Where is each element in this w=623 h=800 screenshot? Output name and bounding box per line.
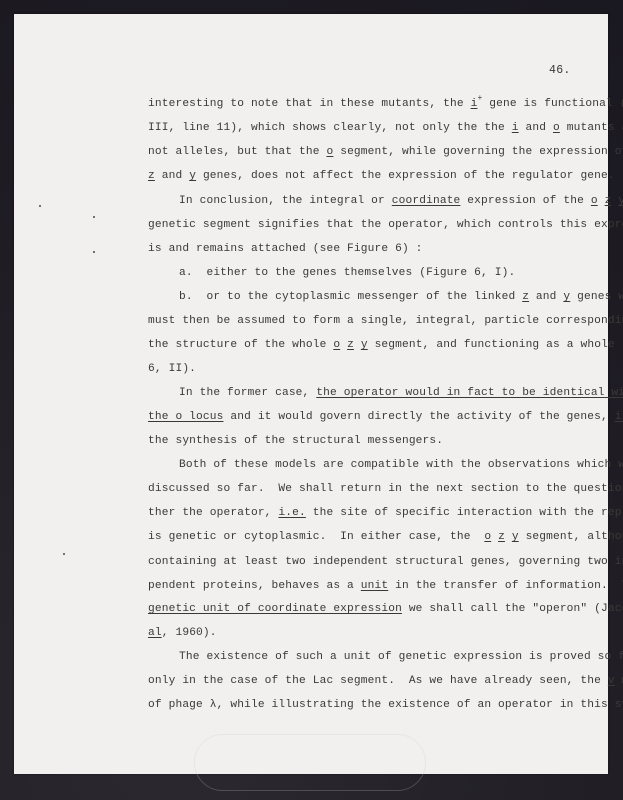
text-line: a. either to the genes themselves (Figur… — [179, 266, 515, 280]
underlined-term: y — [189, 170, 196, 182]
text-line: In the former case, the operator would i… — [179, 386, 623, 400]
text-line: 6, II). — [148, 362, 196, 376]
text-line: interesting to note that in these mutant… — [148, 97, 623, 111]
text-line: must then be assumed to form a single, i… — [148, 314, 623, 328]
margin-mark — [39, 205, 41, 207]
underlined-term: i.e. — [278, 507, 305, 519]
text-line: is and remains attached (see Figure 6) : — [148, 242, 423, 256]
text-line: Both of these models are compatible with… — [179, 458, 623, 472]
underlined-term: z — [498, 531, 505, 543]
paper-watermark — [194, 734, 426, 791]
underlined-term: al — [148, 627, 162, 639]
text-line: the synthesis of the structural messenge… — [148, 434, 443, 448]
text-line: discussed so far. We shall return in the… — [148, 482, 623, 496]
underlined-term: o — [326, 146, 333, 158]
text-line: is genetic or cytoplasmic. In either cas… — [148, 530, 623, 544]
page-number: 46. — [549, 64, 571, 77]
text-line: The existence of such a unit of genetic … — [179, 650, 623, 664]
underlined-term: z — [148, 170, 155, 182]
text-line: pendent proteins, behaves as a unit in t… — [148, 579, 623, 593]
text-line: the structure of the whole o z y segment… — [148, 338, 623, 352]
underlined-term: v — [608, 675, 615, 687]
text-line: containing at least two independent stru… — [148, 555, 623, 569]
underlined-term: o — [484, 531, 491, 543]
underlined-term: unit — [361, 580, 388, 592]
underlined-term: coordinate — [392, 195, 461, 207]
text-line: genetic segment signifies that the opera… — [148, 218, 623, 232]
superscript: + — [477, 94, 482, 103]
underlined-term: y — [361, 339, 368, 351]
underlined-term: i — [512, 122, 519, 134]
text-line: In conclusion, the integral or coordinat… — [179, 194, 623, 208]
underlined-term: y — [618, 195, 623, 207]
underlined-term: o — [333, 339, 340, 351]
text-line: the o locus and it would govern directly… — [148, 410, 623, 424]
underlined-term: i.e. — [615, 411, 623, 423]
text-line: not alleles, but that the o segment, whi… — [148, 145, 623, 159]
underlined-term: z — [522, 291, 529, 303]
underlined-term: y — [563, 291, 570, 303]
text-line: genetic unit of coordinate expression we… — [148, 602, 623, 616]
margin-mark — [63, 553, 65, 555]
text-line: of phage λ, while illustrating the exist… — [148, 698, 623, 712]
underlined-term: y — [512, 531, 519, 543]
underlined-term: o — [553, 122, 560, 134]
text-line: III, line 11), which shows clearly, not … — [148, 121, 623, 135]
document-page: 46. interesting to note that in these mu… — [14, 14, 608, 774]
text-line: ther the operator, i.e. the site of spec… — [148, 506, 623, 520]
text-line: z and y genes, does not affect the expre… — [148, 169, 615, 183]
margin-mark — [93, 251, 95, 253]
underlined-term: z — [347, 339, 354, 351]
margin-mark — [93, 216, 95, 218]
underlined-term: z — [605, 195, 612, 207]
underlined-term: the o locus — [148, 411, 224, 423]
text-line: al, 1960). — [148, 626, 217, 640]
text-line: only in the case of the Lac segment. As … — [148, 674, 623, 688]
underlined-term: o — [591, 195, 598, 207]
text-line: b. or to the cytoplasmic messenger of th… — [179, 290, 623, 304]
underlined-term: genetic unit of coordinate expression — [148, 603, 402, 615]
underlined-term: the operator would in fact to be identic… — [316, 387, 623, 399]
